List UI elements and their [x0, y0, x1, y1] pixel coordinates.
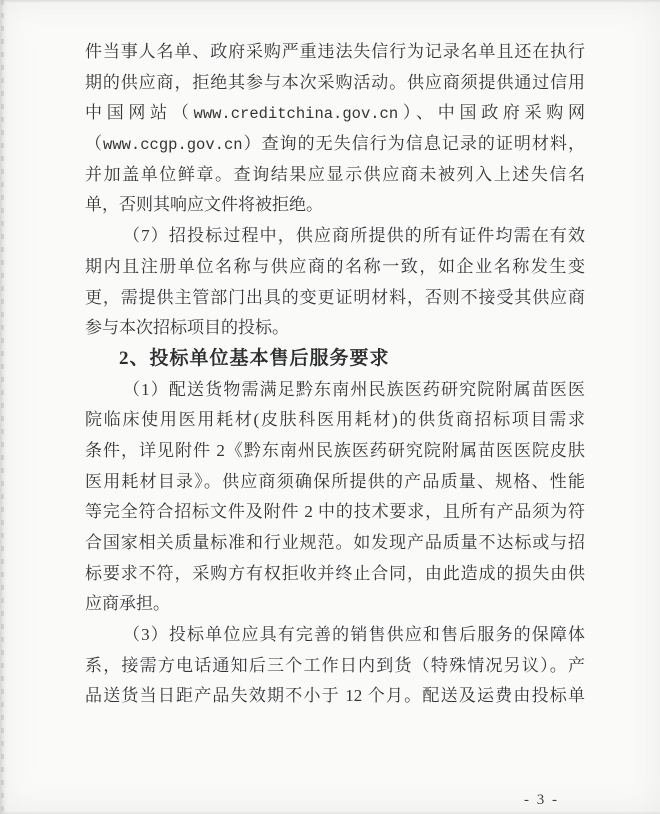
- text-line: 期的供应商，拒绝其参与本次采购活动。供应商须提供通过信用: [85, 68, 585, 99]
- scanned-document-page: { "meta": { "colors": { "background": "#…: [0, 0, 660, 814]
- text-line: 期内且注册单位名称与供应商的名称一致，如企业名称发生变: [85, 252, 585, 283]
- text-line: （3）投标单位应具有完善的销售供应和售后服务的保障体: [85, 620, 585, 651]
- text-line: （1）配送货物需满足黔东南州民族医药研究院附属苗医医: [85, 375, 585, 406]
- text-line: （7）招投标过程中，供应商所提供的所有证件均需在有效: [85, 221, 585, 252]
- text-line-with-url: （www.ccgp.gov.cn）查询的无失信行为信息记录的证明材料，: [85, 129, 585, 160]
- scan-top-edge-artifact: [0, 0, 660, 3]
- text-segment: ）查询的无失信行为信息记录的证明材料，: [243, 134, 585, 153]
- text-line: 更，需提供主管部门出具的变更证明材料，否则不接受其供应商: [85, 283, 585, 314]
- text-segment: ）、中国政府采购网: [398, 103, 585, 122]
- text-line: 单，否则其响应文件将被拒绝。: [85, 190, 585, 221]
- text-segment: 中国网站（: [85, 103, 194, 122]
- text-line: 条件，详见附件 2《黔东南州民族医药研究院附属苗医医院皮肤: [85, 436, 585, 467]
- ccgp-url-text: www.ccgp.gov.cn: [103, 136, 243, 154]
- section-heading: 2、投标单位基本售后服务要求: [85, 344, 585, 375]
- paragraph-item-3: （3）投标单位应具有完善的销售供应和售后服务的保障体 系，接需方电话通知后三个工…: [85, 620, 585, 712]
- text-line: 院临床使用医用耗材(皮肤科医用耗材)的供货商招标项目需求: [85, 405, 585, 436]
- text-line: 件当事人名单、政府采购严重违法失信行为记录名单且还在执行: [85, 37, 585, 68]
- page-number: - 3 -: [524, 792, 559, 809]
- text-line: 并加盖单位鲜章。查询结果应显示供应商未被列入上述失信名: [85, 160, 585, 191]
- text-line: 系，接需方电话通知后三个工作日内到货（特殊情况另议）。产: [85, 651, 585, 682]
- creditchina-url-text: www.creditchina.gov.cn: [194, 105, 399, 123]
- text-line: 医用耗材目录》。供应商须确保所提供的产品质量、规格、性能: [85, 467, 585, 498]
- document-text: 件当事人名单、政府采购严重违法失信行为记录名单且还在执行 期的供应商，拒绝其参与…: [85, 37, 585, 712]
- text-line: 品送货当日距产品失效期不小于 12 个月。配送及运费由投标单: [85, 681, 585, 712]
- text-line: 等完全符合招标文件及附件 2 中的技术要求，且所有产品须为符: [85, 497, 585, 528]
- text-line: 应商承担。: [85, 589, 585, 620]
- text-segment: （: [85, 134, 103, 153]
- text-line: 参与本次招标项目的投标。: [85, 313, 585, 344]
- text-line: 标要求不符，采购方有权拒收并终止合同，由此造成的损失由供: [85, 559, 585, 590]
- text-line: 合国家相关质量标准和行业规范。如发现产品质量不达标或与招: [85, 528, 585, 559]
- scan-left-edge-texture: [1, 0, 4, 814]
- paragraph-item-7: （7）招投标过程中，供应商所提供的所有证件均需在有效 期内且注册单位名称与供应商…: [85, 221, 585, 344]
- paragraph-credit-record: 件当事人名单、政府采购严重违法失信行为记录名单且还在执行 期的供应商，拒绝其参与…: [85, 37, 585, 221]
- text-line-with-url: 中国网站（www.creditchina.gov.cn）、中国政府采购网: [85, 98, 585, 129]
- paragraph-item-1: （1）配送货物需满足黔东南州民族医药研究院附属苗医医 院临床使用医用耗材(皮肤科…: [85, 375, 585, 621]
